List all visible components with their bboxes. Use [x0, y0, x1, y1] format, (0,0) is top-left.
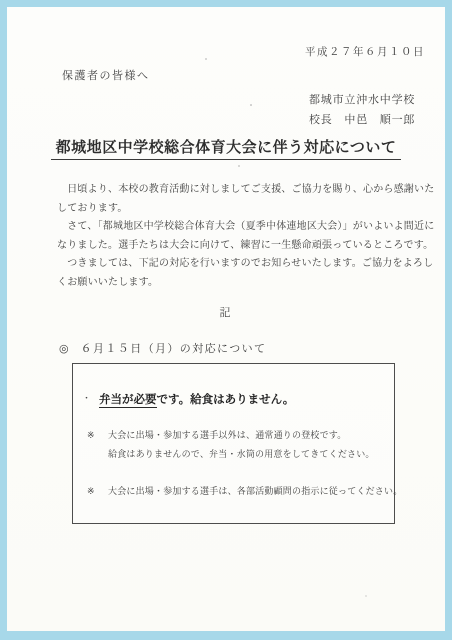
scan-speck	[238, 165, 240, 167]
note-line: 大会に出場・参加する選手は、各部活動顧問の指示に従ってください。	[108, 482, 402, 501]
double-circle-marker: ◎	[59, 343, 69, 355]
title-row: 都城地区中学校総合体育大会に伴う対応について	[7, 136, 445, 160]
note-lines: 大会に出場・参加する選手は、各部活動顧問の指示に従ってください。	[108, 482, 402, 501]
scan-speck	[205, 58, 207, 60]
body-line: なりました。選手たちは大会に向けて、練習に一生懸命頑張っているところです。	[57, 237, 434, 256]
headline-rest: です。給食はありません。	[157, 394, 295, 406]
record-marker: 記	[7, 304, 445, 320]
body-line: 日頃より、本校の教育活動に対しましてご支援、ご協力を賜り、心から感謝いた	[57, 181, 434, 200]
section-heading-text: ６月１５日（月）の対応について	[81, 343, 267, 355]
body-line: さて、「都城地区中学校総合体育大会（夏季中体連地区大会）」がいよいよ間近に	[57, 218, 434, 237]
body-text: 日頃より、本校の教育活動に対しましてご支援、ご協力を賜り、心から感謝いた してお…	[57, 181, 434, 292]
section-heading: ◎６月１５日（月）の対応について	[59, 340, 266, 356]
bullet-icon: ・	[82, 393, 91, 403]
body-line: しております。	[57, 200, 434, 219]
scan-speck	[250, 104, 252, 106]
scan-speck	[365, 595, 367, 597]
box-headline: ・弁当が必要です。給食はありません。	[82, 391, 294, 407]
paper: 平成２７年６月１０日 保護者の皆様へ 都城市立沖水中学校 校長 中邑 順一郎 都…	[7, 7, 445, 631]
note-line: 大会に出場・参加する選手以外は、通常通りの登校です。	[108, 426, 375, 445]
note-item: ※ 大会に出場・参加する選手は、各部活動顧問の指示に従ってください。	[87, 482, 402, 501]
reference-mark-icon: ※	[87, 482, 108, 501]
note-line: 給食はありませんので、弁当・水筒の用意をしてきてください。	[108, 445, 375, 464]
date: 平成２７年６月１０日	[305, 44, 425, 59]
note-item: ※ 大会に出場・参加する選手以外は、通常通りの登校です。 給食はありませんので、…	[87, 426, 375, 464]
body-line: くお願いいたします。	[57, 274, 434, 293]
note-lines: 大会に出場・参加する選手以外は、通常通りの登校です。 給食はありませんので、弁当…	[108, 426, 375, 464]
notice-box: ・弁当が必要です。給食はありません。 ※ 大会に出場・参加する選手以外は、通常通…	[72, 363, 395, 524]
scanned-page-frame: 平成２７年６月１０日 保護者の皆様へ 都城市立沖水中学校 校長 中邑 順一郎 都…	[0, 0, 452, 640]
reference-mark-icon: ※	[87, 426, 108, 464]
principal-name: 校長 中邑 順一郎	[309, 111, 415, 127]
body-line: つきましては、下記の対応を行いますのでお知らせいたします。ご協力をよろし	[57, 255, 434, 274]
headline-underlined: 弁当が必要	[99, 394, 157, 408]
document-title: 都城地区中学校総合体育大会に伴う対応について	[51, 136, 402, 160]
school-name: 都城市立沖水中学校	[309, 91, 415, 107]
recipient: 保護者の皆様へ	[62, 67, 150, 83]
